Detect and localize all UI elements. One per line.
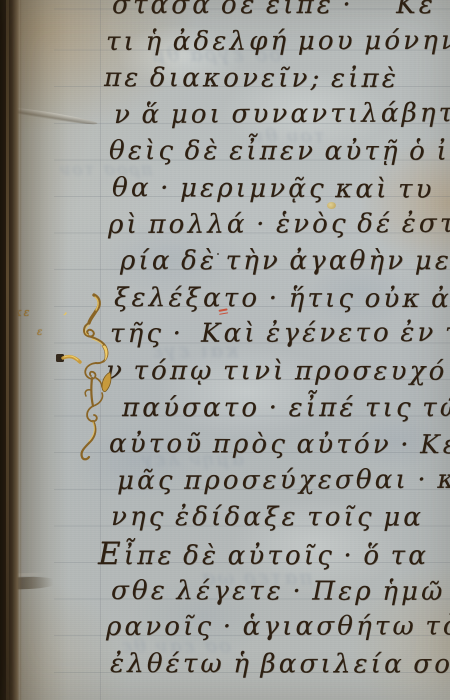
text-line: ρὶ πολλά · ἑνὸς δέ ἐστι <box>108 205 450 243</box>
text-line: ν τόπῳ τινὶ προσευχό <box>106 353 450 390</box>
text-block: στᾶσα δὲ εἶπε · Κε τι ἡ ἀδελφή μου μόνην… <box>104 0 450 682</box>
gutter-shadow <box>20 0 68 700</box>
margin-gold-tick-icon: ʼ <box>60 310 68 325</box>
text-line: τι ἡ ἀδελφή μου μόνην <box>106 22 450 60</box>
text-line: τῆς · Καὶ ἐγένετο ἐν τ <box>110 315 450 353</box>
wax-spot <box>327 202 336 209</box>
text-line: Εἶπε δὲ αὐτοῖς · ὅ τα <box>98 536 450 573</box>
text-line: στᾶσα δὲ εἶπε · Κε <box>112 0 450 24</box>
gold-ornament <box>72 292 120 464</box>
text-line: μᾶς προσεύχεσθαι · καθ <box>117 461 450 499</box>
text-line: παύσατο · εἶπέ τις τῶ <box>122 390 450 427</box>
text-line: σθε λέγετε · Περ ἡμῶ <box>111 573 450 611</box>
binding-edge <box>0 0 22 700</box>
text-line: ξελέξατο · ἥτις οὐκ ἀφαιρ <box>114 280 450 318</box>
text-line: πε διακονεῖν; εἰπὲ <box>104 60 450 98</box>
manuscript-page-photo: οσ εγρα θμ του θυ προσ τον και εγε αμην … <box>0 0 450 700</box>
text-line: αὐτοῦ πρὸς αὐτόν · Κε <box>109 426 450 464</box>
margin-sub-mark: ε <box>37 327 42 338</box>
text-line: ν ἅ μοι συναντιλάβητα <box>114 95 450 134</box>
binding-ridge <box>6 0 9 700</box>
ink-speck <box>217 253 219 255</box>
text-line: ρία δὲ τὴν ἀγαθὴν με <box>120 243 450 280</box>
text-line: νης ἐδίδαξε τοῖς μα <box>111 499 450 536</box>
text-line: ρανοῖς · ἁγιασθήτω τὸ <box>106 608 450 645</box>
text-line: θεὶς δὲ εἶπεν αὐτῇ ὁ ἰσ <box>109 133 450 170</box>
text-line: θα · μεριμνᾷς καὶ τυ <box>112 170 450 209</box>
text-line: ἐλθέτω ἡ βασιλεία σο <box>110 646 450 683</box>
